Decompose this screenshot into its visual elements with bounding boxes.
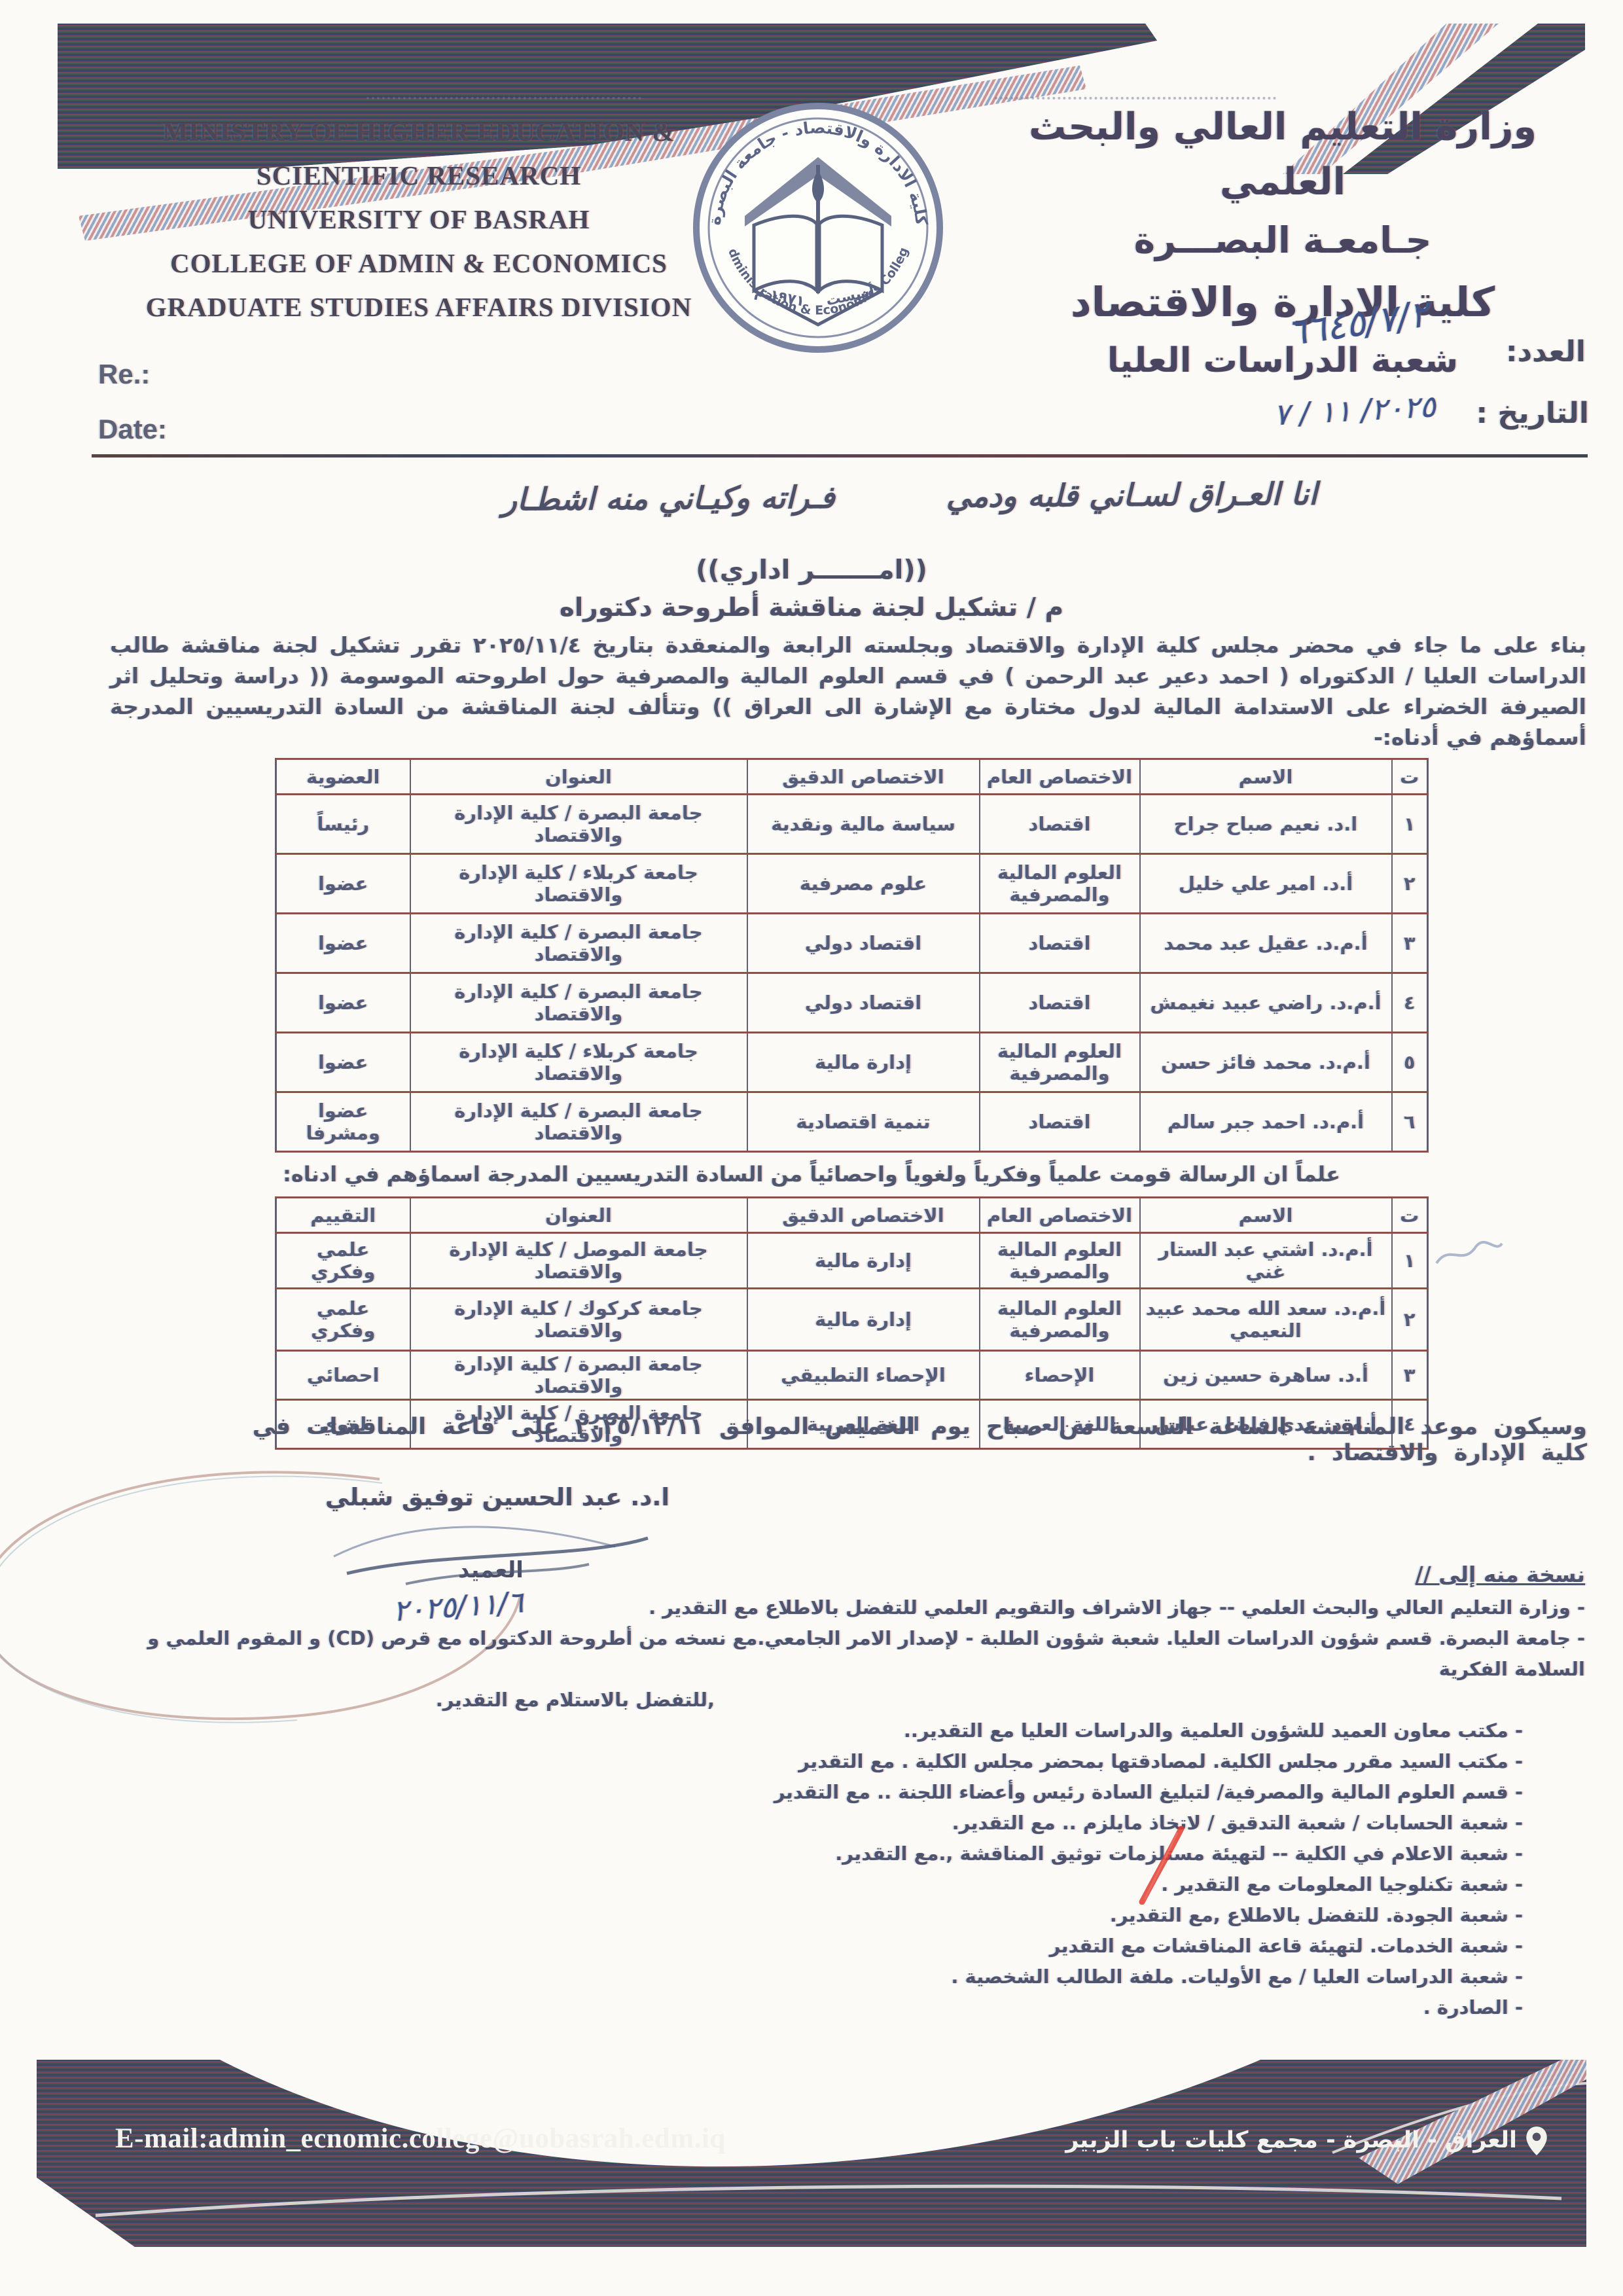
re-label: Re.: <box>98 359 150 390</box>
cell-general: اقتصاد <box>980 973 1140 1033</box>
cell-specific: علوم مصرفية <box>747 854 980 914</box>
table-row: ٣ أ.م.د. عقيل عبد محمد اقتصاد اقتصاد دول… <box>276 914 1428 973</box>
margin-scribble <box>1427 1230 1505 1276</box>
date-label-en: Date: <box>98 414 167 445</box>
committee-table: ت الاسم الاختصاص العام الاختصاص الدقيق ا… <box>275 758 1429 1153</box>
col-header-no: ت <box>1392 759 1428 795</box>
college-seal-logo: كلية الادارة والاقتصاد - جامعة البصرة Ad… <box>687 97 949 359</box>
table-row: ٤ أ.م.د. راضي عبيد نغيمش اقتصاد اقتصاد د… <box>276 973 1428 1033</box>
cell-name: أ.م.د. احمد جبر سالم <box>1140 1092 1392 1152</box>
university-line-en: UNIVERSITY OF BASRAH <box>111 198 726 242</box>
cell-name: ا.د. نعيم صباح جراح <box>1140 795 1392 854</box>
cell-specific: اقتصاد دولي <box>747 973 980 1033</box>
list-item: - الصادرة . <box>85 1992 1585 2023</box>
cell-general: العلوم المالية والمصرفية <box>980 1289 1140 1351</box>
cell-no: ٣ <box>1392 1351 1428 1400</box>
cell-address: جامعة البصرة / كلية الإدارة والاقتصاد <box>410 1092 747 1152</box>
cell-evaluation: علمي وفكري <box>276 1233 410 1289</box>
table-header-row: ت الاسم الاختصاص العام الاختصاص الدقيق ا… <box>276 1198 1428 1233</box>
col-header-general: الاختصاص العام <box>980 759 1140 795</box>
dotted-divider-left <box>366 97 641 99</box>
cell-membership: عضوا <box>276 973 410 1033</box>
cell-name: أ.د. امير علي خليل <box>1140 854 1392 914</box>
header-divider-rule <box>92 454 1588 457</box>
cell-evaluation: علمي وفكري <box>276 1289 410 1351</box>
cell-specific: تنمية اقتصادية <box>747 1092 980 1152</box>
cell-no: ٢ <box>1392 854 1428 914</box>
ministry-line-ar: وزارة التعليم العالي والبحث العلمي <box>982 99 1584 209</box>
col-header-address: العنوان <box>410 1198 747 1233</box>
cell-general: العلوم المالية والمصرفية <box>980 854 1140 914</box>
cell-general: اقتصاد <box>980 914 1140 973</box>
order-body-paragraph: بناء على ما جاء في محضر مجلس كلية الإدار… <box>110 630 1586 753</box>
cell-name: أ.م.د. راضي عبيد نغيمش <box>1140 973 1392 1033</box>
list-item: - شعبة الجودة. للتفضل بالاطلاع ,مع التقد… <box>85 1900 1585 1931</box>
footer-email: E-mail:admin_ecnomic.college@uobasrah.ed… <box>115 2123 726 2155</box>
defense-schedule-line: وسيكون موعد المناقشة الساعة التاسعة من ص… <box>196 1414 1587 1466</box>
col-header-no: ت <box>1392 1198 1428 1233</box>
date-handwritten: ٢٠٢٥/ ١١ / ٧ <box>1243 387 1467 434</box>
cell-no: ١ <box>1392 795 1428 854</box>
col-header-specific: الاختصاص الدقيق <box>747 759 980 795</box>
cell-specific: إدارة مالية <box>747 1033 980 1092</box>
col-header-address: العنوان <box>410 759 747 795</box>
order-subject: م / تشكيل لجنة مناقشة أطروحة دكتوراه <box>0 593 1623 622</box>
ministry-line-en: MINISTRY OF HIGHER EDUCATION & <box>111 110 726 154</box>
university-line-ar: جـامعـة البصـــرة <box>982 209 1584 271</box>
distribution-title: نسخة منه إلى // <box>85 1559 1585 1590</box>
col-header-evaluation: التقييم <box>276 1198 410 1233</box>
cell-general: العلوم المالية والمصرفية <box>980 1033 1140 1092</box>
table-header-row: ت الاسم الاختصاص العام الاختصاص الدقيق ا… <box>276 759 1428 795</box>
red-pen-mark <box>1135 1826 1188 1905</box>
footer-address: العراق - البصرة - مجمع كليات باب الزبير <box>1065 2125 1547 2155</box>
list-item: - وزارة التعليم العالي والبحث العلمي -- … <box>85 1592 1585 1623</box>
col-header-name: الاسم <box>1140 1198 1392 1233</box>
cell-address: جامعة البصرة / كلية الإدارة والاقتصاد <box>410 1351 747 1400</box>
cell-address: جامعة الموصل / كلية الإدارة والاقتصاد <box>410 1233 747 1289</box>
table-row: ٣ أ.د. ساهرة حسين زين الإحصاء الإحصاء ال… <box>276 1351 1428 1400</box>
cell-address: جامعة كربلاء / كلية الإدارة والاقتصاد <box>410 854 747 914</box>
date-label-ar: التاريخ : <box>1465 397 1589 430</box>
cell-address: جامعة البصرة / كلية الإدارة والاقتصاد <box>410 914 747 973</box>
list-item: - شعبة الخدمات. لتهيئة قاعة المناقشات مع… <box>85 1931 1585 1962</box>
col-header-specific: الاختصاص الدقيق <box>747 1198 980 1233</box>
cell-no: ٥ <box>1392 1033 1428 1092</box>
cell-specific: الإحصاء التطبيقي <box>747 1351 980 1400</box>
table-row: ٢ أ.م.د. سعد الله محمد عبيد النعيمي العل… <box>276 1289 1428 1351</box>
cell-address: جامعة البصرة / كلية الإدارة والاقتصاد <box>410 973 747 1033</box>
cell-no: ٦ <box>1392 1092 1428 1152</box>
table-row: ٢ أ.د. امير علي خليل العلوم المالية والم… <box>276 854 1428 914</box>
motto-part-1: انا العـراق لسـاني قلبه ودمي <box>946 476 1317 515</box>
motto-line: انا العـراق لسـاني قلبه ودمي فـراته وكيـ… <box>98 473 1623 520</box>
cell-address: جامعة كربلاء / كلية الإدارة والاقتصاد <box>410 1033 747 1092</box>
letterhead-english: MINISTRY OF HIGHER EDUCATION & SCIENTIFI… <box>111 110 726 329</box>
research-line-en: SCIENTIFIC RESEARCH <box>111 154 726 198</box>
table-row: ٥ أ.م.د. محمد فائز حسن العلوم المالية وا… <box>276 1033 1428 1092</box>
cell-address: جامعة كركوك / كلية الإدارة والاقتصاد <box>410 1289 747 1351</box>
seal-book-right-page <box>819 216 882 291</box>
list-item-continuation: ,للتفضل بالاستلام مع التقدير. <box>85 1685 1585 1715</box>
list-item: - شعبة الحسابات / شعبة التدقيق / لاتخاذ … <box>85 1808 1585 1839</box>
cell-general: اقتصاد <box>980 795 1140 854</box>
list-item: - مكتب السيد مقرر مجلس الكلية. لمصادقتها… <box>85 1746 1585 1777</box>
evaluation-note: علماً ان الرسالة قومت علمياً وفكرياً ولغ… <box>196 1162 1427 1187</box>
scanned-document-page: MINISTRY OF HIGHER EDUCATION & SCIENTIFI… <box>0 0 1623 2296</box>
cell-general: العلوم المالية والمصرفية <box>980 1233 1140 1289</box>
table-row: ١ أ.م.د. اشتي عبد الستار غني العلوم الما… <box>276 1233 1428 1289</box>
table-row: ١ ا.د. نعيم صباح جراح اقتصاد سياسة مالية… <box>276 795 1428 854</box>
list-item: - جامعة البصرة. قسم شؤون الدراسات العليا… <box>85 1623 1585 1685</box>
list-item: - قسم العلوم المالية والمصرفية/ لتبليغ ا… <box>85 1777 1585 1808</box>
division-line-en: GRADUATE STUDIES AFFAIRS DIVISION <box>111 285 726 329</box>
col-header-name: الاسم <box>1140 759 1392 795</box>
cell-name: أ.د. ساهرة حسين زين <box>1140 1351 1392 1400</box>
cell-membership: عضوا ومشرفا <box>276 1092 410 1152</box>
cell-name: أ.م.د. محمد فائز حسن <box>1140 1033 1392 1092</box>
cell-general: الإحصاء <box>980 1351 1140 1400</box>
list-item: - شعبة الدراسات العليا / مع الأوليات. مل… <box>85 1962 1585 1992</box>
cell-specific: إدارة مالية <box>747 1289 980 1351</box>
cell-specific: اقتصاد دولي <box>747 914 980 973</box>
cell-general: اقتصاد <box>980 1092 1140 1152</box>
evaluators-table: ت الاسم الاختصاص العام الاختصاص الدقيق ا… <box>275 1196 1429 1450</box>
list-item: - شعبة تكنلوجيا المعلومات مع التقدير . <box>85 1869 1585 1900</box>
cell-no: ٤ <box>1392 973 1428 1033</box>
dean-signature-name: ا.د. عبد الحسين توفيق شبلي <box>314 1483 681 1511</box>
cell-evaluation: احصائي <box>276 1351 410 1400</box>
footer-band: E-mail:admin_ecnomic.college@uobasrah.ed… <box>37 2060 1586 2247</box>
cell-membership: عضوا <box>276 914 410 973</box>
distribution-list: نسخة منه إلى // - وزارة التعليم العالي و… <box>85 1559 1585 2023</box>
list-item: - شعبة الاعلام في الكلية -- لتهيئة مستلز… <box>85 1839 1585 1869</box>
footer-address-text: العراق - البصرة - مجمع كليات باب الزبير <box>1065 2127 1517 2153</box>
order-title: ((امـــــــر اداري)) <box>0 555 1623 585</box>
cell-no: ٣ <box>1392 914 1428 973</box>
list-item: - مكتب معاون العميد للشؤون العلمية والدر… <box>85 1715 1585 1746</box>
cell-no: ٢ <box>1392 1289 1428 1351</box>
cell-specific: سياسة مالية ونقدية <box>747 795 980 854</box>
col-header-membership: العضوية <box>276 759 410 795</box>
table-row: ٦ أ.م.د. احمد جبر سالم اقتصاد تنمية اقتص… <box>276 1092 1428 1152</box>
col-header-general: الاختصاص العام <box>980 1198 1140 1233</box>
cell-name: أ.م.د. اشتي عبد الستار غني <box>1140 1233 1392 1289</box>
cell-name: أ.م.د. عقيل عبد محمد <box>1140 914 1392 973</box>
college-line-en: COLLEGE OF ADMIN & ECONOMICS <box>111 242 726 285</box>
cell-specific: إدارة مالية <box>747 1233 980 1289</box>
cell-membership: عضوا <box>276 1033 410 1092</box>
cell-membership: رئيساً <box>276 795 410 854</box>
cell-address: جامعة البصرة / كلية الإدارة والاقتصاد <box>410 795 747 854</box>
location-pin-icon <box>1526 2125 1547 2155</box>
seal-book-left-page <box>754 216 817 291</box>
ref-number-label: العدد: <box>1484 335 1586 368</box>
cell-membership: عضوا <box>276 854 410 914</box>
cell-no: ١ <box>1392 1233 1428 1289</box>
cell-name: أ.م.د. سعد الله محمد عبيد النعيمي <box>1140 1289 1392 1351</box>
motto-part-2: فـراته وكيـاني منه اشطـار <box>502 480 835 518</box>
